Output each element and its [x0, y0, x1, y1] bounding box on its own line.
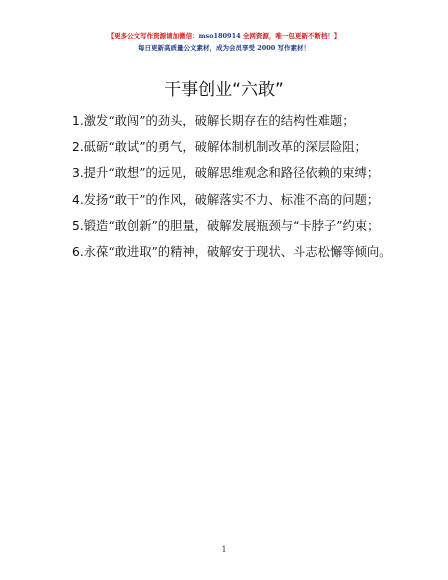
promo-wechat-id: mso180914: [199, 32, 241, 40]
paragraph-text: 砥砺“敢试”的勇气，破解体制机制改革的深层险阻；: [84, 140, 367, 154]
paragraph-text: 提升“敢想”的远见，破解思维观念和路径依赖的束缚；: [84, 166, 379, 180]
promo-header-line-2: 每日更新高质量公文素材，成为会员享受 2000 写作素材！: [0, 43, 448, 52]
promo-header-line-1: 【更多公文写作资源请加微信：mso180914 全网资源，唯一包更新不断档！】: [0, 31, 448, 40]
paragraph-number: 3.: [72, 166, 84, 180]
paragraph-text: 永葆“敢进取”的精神，破解安于现状、斗志松懈等倾向。: [84, 245, 392, 259]
paragraph-3: 3.提升“敢想”的远见，破解思维观念和路径依赖的束缚；: [48, 160, 398, 186]
document-body: 1.激发“敢闯”的劲头，破解长期存在的结构性难题； 2.砥砺“敢试”的勇气，破解…: [48, 108, 398, 265]
paragraph-number: 4.: [72, 193, 84, 207]
paragraph-text: 锻造“敢创新”的胆量，破解发展瓶颈与“卡脖子”约束；: [84, 219, 380, 233]
paragraph-2: 2.砥砺“敢试”的勇气，破解体制机制改革的深层险阻；: [48, 134, 398, 160]
paragraph-text: 激发“敢闯”的劲头，破解长期存在的结构性难题；: [84, 114, 355, 128]
paragraph-1: 1.激发“敢闯”的劲头，破解长期存在的结构性难题；: [48, 108, 398, 134]
promo-prefix: 【更多公文写作资源请加微信：: [108, 32, 199, 40]
paragraph-number: 2.: [72, 140, 84, 154]
paragraph-6: 6.永葆“敢进取”的精神，破解安于现状、斗志松懈等倾向。: [48, 239, 398, 265]
paragraph-5: 5.锻造“敢创新”的胆量，破解发展瓶颈与“卡脖子”约束；: [48, 213, 398, 239]
promo-suffix: 全网资源，唯一包更新不断档！】: [241, 32, 341, 40]
document-title: 干事创业“六敢”: [0, 75, 448, 100]
paragraph-text: 发扬“敢干”的作风，破解落实不力、标准不高的问题；: [84, 193, 379, 207]
paragraph-number: 1.: [72, 114, 84, 128]
page-number: 1: [0, 545, 448, 554]
paragraph-4: 4.发扬“敢干”的作风，破解落实不力、标准不高的问题；: [48, 187, 398, 213]
paragraph-number: 5.: [72, 219, 84, 233]
paragraph-number: 6.: [72, 245, 84, 259]
